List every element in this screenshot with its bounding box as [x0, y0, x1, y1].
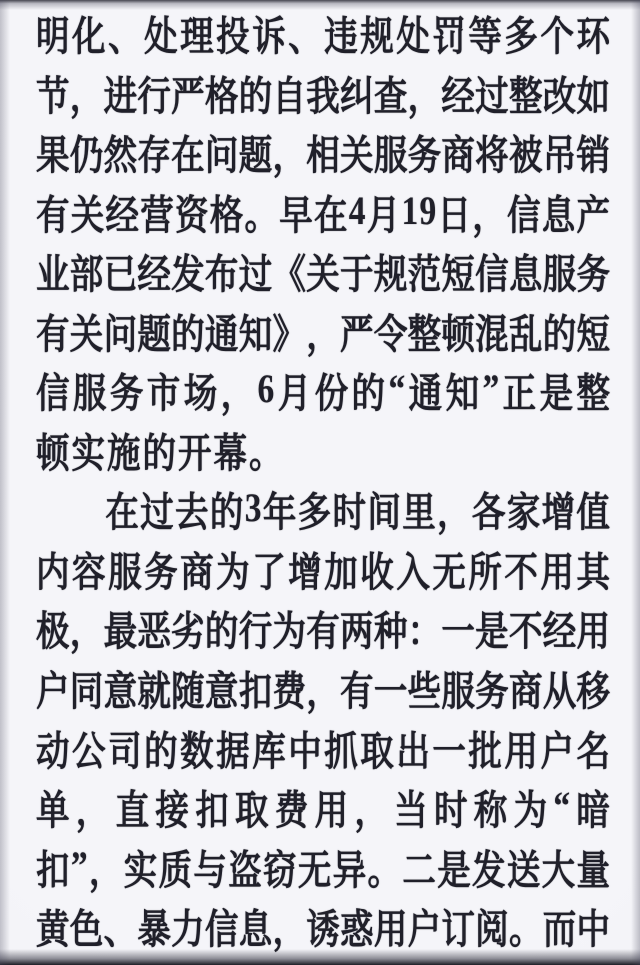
text-run: 户	[540, 718, 574, 777]
text-run: 正	[503, 361, 537, 420]
text-run: 关	[306, 242, 340, 301]
text-run: “	[388, 367, 405, 413]
text-run: 。	[245, 182, 279, 241]
text-run: 过	[475, 63, 509, 122]
text-run: 服	[441, 658, 475, 717]
text-run: 入	[396, 539, 430, 598]
text-run: 环	[576, 3, 610, 62]
text-run: 知	[239, 301, 273, 360]
text-run: 意	[205, 658, 239, 717]
text-run: 实	[124, 837, 158, 896]
text-run: 关	[71, 182, 105, 241]
text-run: 送	[507, 837, 541, 896]
text-run: 而	[543, 897, 577, 956]
text-run: 通	[205, 301, 239, 360]
text-run: ，	[221, 361, 255, 420]
text-run: 1	[402, 189, 419, 235]
text-run: 场	[184, 361, 218, 420]
text-run: 资	[175, 182, 209, 241]
text-run: 4	[349, 189, 366, 235]
text-run: 的	[543, 301, 577, 360]
text-run: 关	[340, 122, 374, 181]
text-run: 、	[108, 3, 142, 62]
text-run: 盗	[228, 837, 262, 896]
text-run: 有	[340, 658, 374, 717]
text-run: 取	[360, 718, 394, 777]
text-run: 经	[106, 182, 140, 241]
text-run: 直	[116, 777, 150, 836]
text-run: 业	[36, 242, 70, 301]
text-run: 诱	[306, 897, 340, 956]
text-run: 扣	[239, 658, 273, 717]
text-run: 。	[509, 897, 543, 956]
text-run: 。	[368, 837, 402, 896]
text-run: 的	[205, 599, 239, 658]
text-run: 发	[472, 837, 506, 896]
text-run: 时	[333, 480, 367, 539]
text-run: 改	[543, 63, 577, 122]
text-run: 题	[239, 122, 273, 181]
text-run: 无	[298, 837, 332, 896]
text-run: 查	[374, 63, 408, 122]
text-run: ，	[408, 63, 442, 122]
text-line: 黄色、暴力信息，诱惑用户订阅。而中	[36, 890, 610, 961]
text-run: 个	[540, 3, 574, 62]
text-run: 、	[104, 897, 138, 956]
text-run: 中	[288, 718, 322, 777]
text-run: 过	[140, 480, 174, 539]
text-run: 息	[542, 182, 576, 241]
text-run: 是	[540, 361, 574, 420]
text-run: 整	[577, 361, 611, 420]
text-run: 内	[36, 539, 70, 598]
text-run: “	[553, 784, 570, 830]
text-run: 用	[504, 718, 538, 777]
text-run: 营	[140, 182, 174, 241]
text-run: 从	[543, 658, 577, 717]
text-run: 短	[577, 301, 611, 360]
text-run: 节	[36, 63, 70, 122]
text-run: 经	[441, 63, 475, 122]
text-run: ，	[76, 777, 110, 836]
text-run: 取	[235, 777, 269, 836]
text-run: 果	[36, 122, 70, 181]
text-run: 不	[509, 599, 543, 658]
text-run: 自	[272, 63, 306, 122]
text-run: 服	[108, 539, 142, 598]
text-run: ，	[306, 658, 340, 717]
text-run: 中	[577, 897, 611, 956]
text-run: 为	[514, 777, 548, 836]
text-run: 意	[104, 658, 138, 717]
text-run: 份	[315, 361, 349, 420]
text-run: 令	[374, 301, 408, 360]
text-run: 经	[543, 599, 577, 658]
text-run: 为	[272, 599, 306, 658]
text-run: 不	[504, 539, 538, 598]
text-run: 多	[298, 480, 332, 539]
text-run: 费	[272, 658, 306, 717]
text-run: 无	[432, 539, 466, 598]
text-run: 抓	[324, 718, 358, 777]
text-run: 服	[543, 242, 577, 301]
text-run: 布	[205, 242, 239, 301]
text-run: 早	[279, 182, 313, 241]
text-run: 司	[108, 718, 142, 777]
text-run: 信	[36, 361, 70, 420]
text-run: 各	[472, 480, 506, 539]
text-run: 如	[577, 63, 611, 122]
text-run: 问	[104, 301, 138, 360]
text-run: 最	[104, 599, 138, 658]
text-run: 明	[36, 3, 70, 62]
text-run: 罚	[432, 3, 466, 62]
text-run: 整	[509, 63, 543, 122]
text-run: 通	[409, 361, 443, 420]
text-run: 6	[258, 367, 275, 413]
text-run: 商	[509, 658, 543, 717]
text-run: 商	[180, 539, 214, 598]
text-run: 劣	[171, 599, 205, 658]
text-run: 数	[180, 718, 214, 777]
text-run: 行	[137, 63, 171, 122]
text-run: 过	[239, 242, 273, 301]
text-run: 日	[438, 182, 472, 241]
text-run: 市	[147, 361, 181, 420]
text-run: 极	[36, 599, 70, 658]
text-run: 相	[306, 122, 340, 181]
text-run: 一	[441, 599, 475, 658]
text-run: 顿实施的开幕。	[36, 420, 285, 479]
text-run: 黄	[36, 897, 70, 956]
text-run: 务	[110, 361, 144, 420]
text-run: 题	[137, 301, 171, 360]
text-run: 用	[577, 599, 611, 658]
text-run: 务	[408, 122, 442, 181]
text-run: 严	[340, 301, 374, 360]
text-run: 《	[272, 242, 306, 301]
text-run: 发	[171, 242, 205, 301]
text-run: 格	[205, 63, 239, 122]
text-run: 然	[104, 122, 138, 181]
text-run: 批	[468, 718, 502, 777]
text-run: 信	[507, 182, 541, 241]
text-run: 务	[144, 539, 178, 598]
text-run: 与	[193, 837, 227, 896]
text-run: ”	[482, 367, 499, 413]
text-run: ，	[437, 480, 471, 539]
text-run: 的	[239, 63, 273, 122]
text-run: 公	[72, 718, 106, 777]
text-run: 所	[468, 539, 502, 598]
text-run: 质	[159, 837, 193, 896]
text-run: 问	[205, 122, 239, 181]
text-run: 严	[171, 63, 205, 122]
text-run: 的	[144, 718, 178, 777]
text-run: ”	[71, 844, 88, 890]
text-run: 扣	[36, 837, 70, 896]
text-run: 、	[288, 3, 322, 62]
text-run: 关	[70, 301, 104, 360]
text-run: 为	[216, 539, 250, 598]
text-run: 些	[408, 658, 442, 717]
text-run: 户	[408, 897, 442, 956]
text-run: 随	[171, 658, 205, 717]
text-run: 于	[340, 242, 374, 301]
text-run: 规	[374, 242, 408, 301]
text-run: 年	[263, 480, 297, 539]
text-run: 用	[540, 539, 574, 598]
text-run: ，	[89, 837, 123, 896]
text-run: 违	[324, 3, 358, 62]
text-run: 务	[577, 242, 611, 301]
text-run: 9	[420, 189, 437, 235]
text-run: 据	[216, 718, 250, 777]
text-run: 息	[239, 897, 273, 956]
text-run: 进	[104, 63, 138, 122]
text-run: 有	[36, 182, 70, 241]
text-run: 顿	[441, 301, 475, 360]
text-run: 的	[352, 361, 386, 420]
text-run: 里	[402, 480, 436, 539]
text-run: 二	[402, 837, 436, 896]
text-run: 的	[171, 301, 205, 360]
text-run: 仍	[70, 122, 104, 181]
text-run: 暗	[576, 777, 610, 836]
text-run: 大	[542, 837, 576, 896]
text-run: 在	[171, 122, 205, 181]
text-run: 化	[72, 3, 106, 62]
text-run: 户	[36, 658, 70, 717]
text-run: 理	[180, 3, 214, 62]
text-run: 多	[504, 3, 538, 62]
page-edge-left	[0, 0, 10, 965]
text-run: 存	[137, 122, 171, 181]
text-run: 扣	[195, 777, 229, 836]
text-run: 有	[36, 301, 70, 360]
text-run: 范	[408, 242, 442, 301]
text-run: 》	[272, 301, 306, 360]
text-run: 库	[252, 718, 286, 777]
text-run: 等	[468, 3, 502, 62]
text-run: 用	[315, 777, 349, 836]
text-run: 月	[367, 182, 401, 241]
text-run: 产	[577, 182, 611, 241]
text-run: 是	[437, 837, 471, 896]
text-run: 服	[374, 122, 408, 181]
text-run: 知	[446, 361, 480, 420]
text-run: 加	[324, 539, 358, 598]
text-run: 是	[475, 599, 509, 658]
text-run: 接	[155, 777, 189, 836]
page-edge-right	[631, 0, 640, 965]
text-run: ，	[272, 122, 306, 181]
text-run: 有	[306, 599, 340, 658]
text-run: 同	[70, 658, 104, 717]
text-run: 容	[72, 539, 106, 598]
text-run: ，	[272, 897, 306, 956]
text-run: 一	[432, 718, 466, 777]
text-run: 3	[245, 486, 262, 532]
text-run: 异	[333, 837, 367, 896]
text-run: 就	[137, 658, 171, 717]
text-run: 将	[475, 122, 509, 181]
text-run: 经	[137, 242, 171, 301]
text-run: 阅	[475, 897, 509, 956]
text-run: 增	[288, 539, 322, 598]
text-run: 订	[441, 897, 475, 956]
text-run: 种	[374, 599, 408, 658]
text-run: 乱	[509, 301, 543, 360]
text-run: 力	[171, 897, 205, 956]
text-run: 在	[314, 182, 348, 241]
text-run: 信	[475, 242, 509, 301]
text-run: 家	[507, 480, 541, 539]
text-run: 信	[205, 897, 239, 956]
text-run: 纠	[340, 63, 374, 122]
ebook-page: 明化、处理投诉、违规处罚等多个环节，进行严格的自我纠查，经过整改如果仍然存在问题…	[0, 0, 640, 965]
text-run: 时	[434, 777, 468, 836]
text-run: 单	[36, 777, 70, 836]
text-run: 月	[278, 361, 312, 420]
text-run: 在	[105, 480, 139, 539]
text-run: 销	[577, 122, 611, 181]
text-run: 恶	[137, 599, 171, 658]
text-run: 色	[70, 897, 104, 956]
text-run: ：	[408, 599, 442, 658]
text-run: 用	[374, 897, 408, 956]
text-run: 增	[542, 480, 576, 539]
page-text-body: 明化、处理投诉、违规处罚等多个环节，进行严格的自我纠查，经过整改如果仍然存在问题…	[36, 3, 610, 956]
text-run: 短	[441, 242, 475, 301]
text-run: 投	[216, 3, 250, 62]
text-run: 两	[340, 599, 374, 658]
text-run: 去	[175, 480, 209, 539]
text-run: 费	[275, 777, 309, 836]
text-run: 间	[367, 480, 401, 539]
text-run: 出	[396, 718, 430, 777]
text-run: 动	[36, 718, 70, 777]
text-run: 惑	[340, 897, 374, 956]
text-run: 我	[306, 63, 340, 122]
text-run: 商	[441, 122, 475, 181]
text-run: 名	[576, 718, 610, 777]
text-run: 息	[509, 242, 543, 301]
text-run: 量	[577, 837, 611, 896]
text-run: 服	[73, 361, 107, 420]
text-run: 格	[210, 182, 244, 241]
text-run: 当	[394, 777, 428, 836]
text-run: 行	[239, 599, 273, 658]
text-run: 整	[408, 301, 442, 360]
text-run: 称	[474, 777, 508, 836]
text-run: 吊	[543, 122, 577, 181]
text-run: 已	[104, 242, 138, 301]
text-run: 移	[577, 658, 611, 717]
text-run: ，	[306, 301, 340, 360]
text-run: 一	[374, 658, 408, 717]
text-run: 了	[252, 539, 286, 598]
text-run: 收	[360, 539, 394, 598]
text-run: ，	[70, 599, 104, 658]
text-run: ，	[70, 63, 104, 122]
text-run: 处	[396, 3, 430, 62]
text-run: 处	[144, 3, 178, 62]
text-run: 暴	[137, 897, 171, 956]
text-run: 规	[360, 3, 394, 62]
text-run: 值	[576, 480, 610, 539]
text-run: 的	[210, 480, 244, 539]
text-run: 部	[70, 242, 104, 301]
text-run: ，	[354, 777, 388, 836]
text-run: 窃	[263, 837, 297, 896]
text-run: ，	[472, 182, 506, 241]
text-run: 混	[475, 301, 509, 360]
text-run: 被	[509, 122, 543, 181]
text-run: 其	[576, 539, 610, 598]
text-run: 诉	[252, 3, 286, 62]
text-run: 务	[475, 658, 509, 717]
